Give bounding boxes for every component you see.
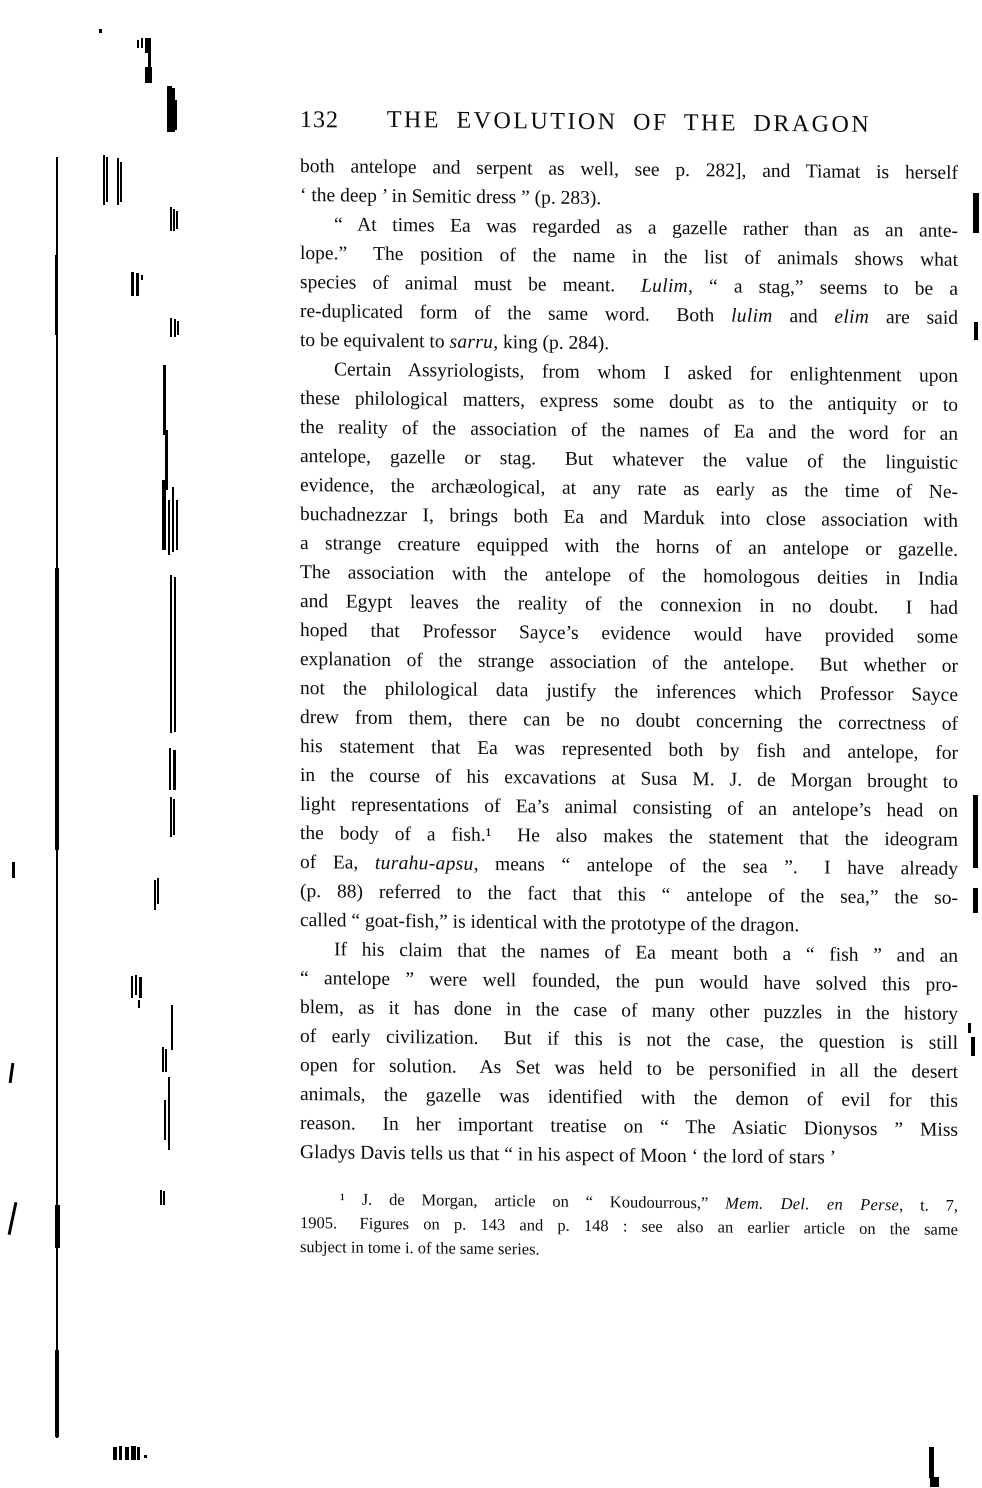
scan-artifact	[170, 318, 172, 337]
page-content: 132 THE EVOLUTION OF THE DRAGON both ant…	[300, 106, 958, 1266]
scan-artifact	[113, 1447, 117, 1460]
scan-artifact	[173, 750, 176, 790]
scan-artifact	[135, 975, 137, 995]
scan-artifact	[168, 1077, 170, 1150]
scan-artifact	[175, 100, 177, 130]
scan-artifact	[973, 193, 979, 233]
scan-artifact	[177, 321, 179, 335]
scan-artifact	[170, 207, 172, 231]
scan-artifact	[930, 1477, 939, 1487]
scan-artifact	[974, 322, 978, 340]
page-header: 132 THE EVOLUTION OF THE DRAGON	[300, 106, 958, 159]
page-number: 132	[300, 107, 339, 134]
scan-artifact	[145, 67, 152, 83]
scan-artifact	[971, 1037, 975, 1056]
scan-artifact	[173, 799, 175, 835]
book-page: 132 THE EVOLUTION OF THE DRAGON both ant…	[0, 0, 982, 1488]
scan-artifact	[119, 1446, 122, 1460]
scan-artifact	[55, 568, 59, 748]
scan-artifact	[171, 1005, 173, 1050]
scan-artifact	[148, 53, 151, 70]
scan-artifact	[106, 157, 108, 202]
scan-artifact	[56, 157, 58, 1438]
scan-artifact	[163, 365, 166, 435]
scan-artifact	[136, 273, 139, 296]
scan-artifact	[120, 162, 122, 202]
scan-artifact	[12, 862, 15, 878]
scan-artifact	[176, 500, 178, 550]
scan-artifact	[154, 880, 156, 910]
scan-artifact	[160, 1190, 162, 1205]
running-title: THE EVOLUTION OF THE DRAGON	[300, 106, 958, 140]
scan-artifact	[55, 255, 58, 335]
scan-artifact	[163, 1191, 165, 1205]
scan-artifact	[968, 1023, 971, 1033]
scan-artifact	[9, 1063, 15, 1083]
scan-artifact	[176, 211, 178, 229]
body-text: both antelope and serpent as well, see p…	[300, 152, 958, 1174]
scan-artifact	[170, 797, 172, 837]
scan-artifact	[144, 1455, 147, 1458]
scan-artifact	[131, 272, 134, 296]
scan-artifact	[99, 29, 102, 33]
scan-artifact	[141, 275, 143, 280]
scan-artifact	[169, 748, 171, 790]
scan-artifact	[145, 38, 151, 53]
scan-artifact	[162, 1047, 164, 1072]
scan-artifact	[157, 878, 159, 904]
scan-artifact	[172, 88, 175, 132]
scan-artifact	[55, 1205, 60, 1248]
scan-artifact	[117, 158, 119, 205]
scan-artifact	[170, 575, 172, 733]
scan-artifact	[8, 1202, 18, 1235]
scan-artifact	[139, 977, 142, 998]
scan-artifact	[162, 480, 166, 550]
scan-artifact	[973, 795, 978, 868]
scan-artifact	[103, 155, 105, 205]
scan-artifact	[55, 1350, 59, 1437]
footnote: ¹ J. de Morgan, article on “ Koudourrous…	[300, 1187, 958, 1266]
scan-artifact	[125, 1447, 129, 1460]
scan-artifact	[168, 500, 170, 555]
scan-artifact	[165, 1049, 167, 1072]
scan-artifact	[167, 86, 172, 132]
scan-artifact	[173, 209, 175, 231]
scan-artifact	[55, 745, 59, 850]
scan-artifact	[165, 430, 168, 490]
scan-artifact	[137, 40, 139, 48]
scan-artifact	[174, 577, 176, 732]
scan-artifact	[141, 38, 143, 48]
scan-artifact	[137, 1447, 140, 1460]
scan-artifact	[131, 976, 133, 998]
scan-artifact	[174, 319, 176, 337]
scan-artifact	[164, 1100, 166, 1140]
scan-artifact	[172, 487, 174, 552]
scan-artifact	[929, 1447, 934, 1478]
scan-artifact	[131, 1446, 136, 1460]
scan-artifact	[973, 888, 978, 913]
scan-artifact	[138, 1000, 140, 1008]
